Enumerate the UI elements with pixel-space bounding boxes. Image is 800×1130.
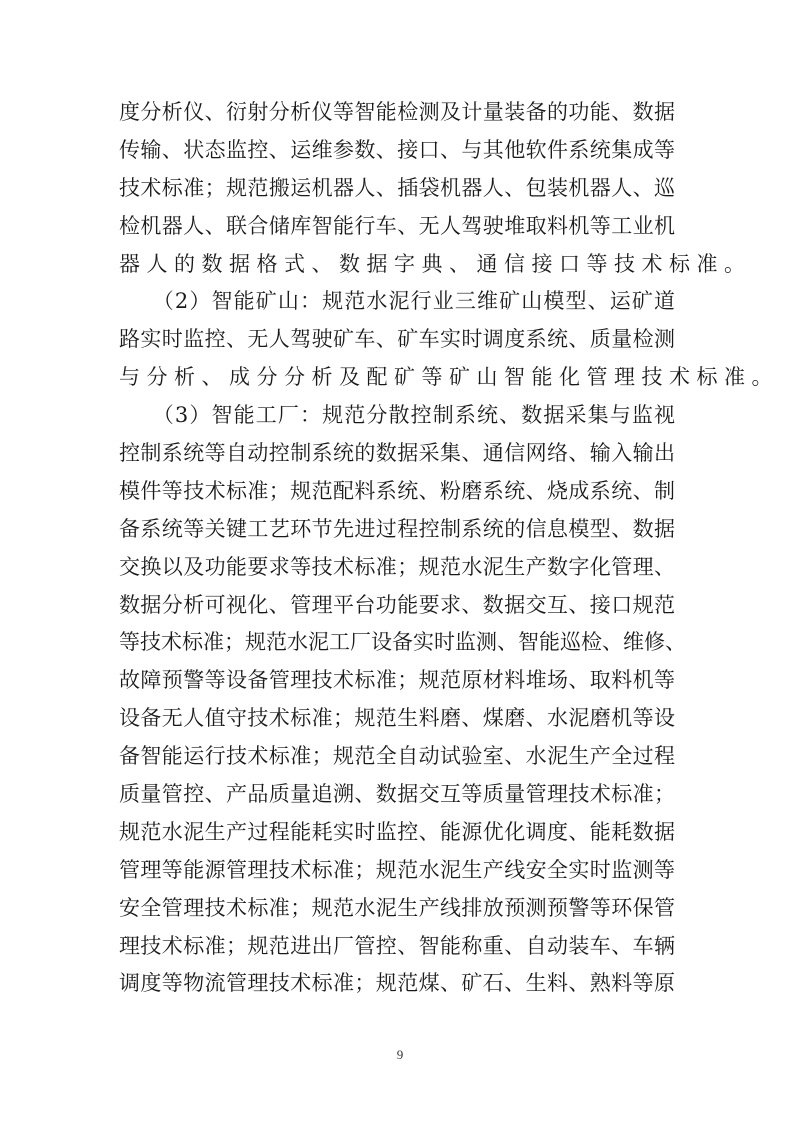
text-line: 数据分析可视化、管理平台功能要求、数据交互、接口规范: [119, 587, 675, 625]
text-line: 度分析仪、衍射分析仪等智能检测及计量装备的功能、数据: [119, 94, 675, 132]
text-line: 交换以及功能要求等技术标准；规范水泥生产数字化管理、: [119, 549, 675, 587]
text-line: 备智能运行技术标准；规范全自动试验室、水泥生产全过程: [119, 738, 675, 776]
text-line: 规范水泥生产过程能耗实时监控、能源优化调度、能耗数据: [119, 814, 675, 852]
text-line: （3）智能工厂：规范分散控制系统、数据采集与监视: [119, 397, 675, 435]
text-line: 等技术标准；规范水泥工厂设备实时监测、智能巡检、维修、: [119, 624, 675, 662]
document-page: 度分析仪、衍射分析仪等智能检测及计量装备的功能、数据传输、状态监控、运维参数、接…: [0, 0, 800, 1130]
text-line: 模件等技术标准；规范配料系统、粉磨系统、烧成系统、制: [119, 473, 675, 511]
text-line: 器人的数据格式、数据字典、通信接口等技术标准。: [119, 246, 675, 284]
text-line: 检机器人、联合储库智能行车、无人驾驶堆取料机等工业机: [119, 208, 675, 246]
text-line: 与分析、成分分析及配矿等矿山智能化管理技术标准。: [119, 359, 675, 397]
text-line: 技术标准；规范搬运机器人、插袋机器人、包装机器人、巡: [119, 170, 675, 208]
document-body: 度分析仪、衍射分析仪等智能检测及计量装备的功能、数据传输、状态监控、运维参数、接…: [119, 94, 675, 1003]
page-number: 9: [0, 1047, 800, 1063]
text-line: 设备无人值守技术标准；规范生料磨、煤磨、水泥磨机等设: [119, 700, 675, 738]
text-line: 理技术标准；规范进出厂管控、智能称重、自动装车、车辆: [119, 928, 675, 966]
text-line: 管理等能源管理技术标准；规范水泥生产线安全实时监测等: [119, 852, 675, 890]
text-line: 路实时监控、无人驾驶矿车、矿车实时调度系统、质量检测: [119, 321, 675, 359]
text-line: 调度等物流管理技术标准；规范煤、矿石、生料、熟料等原: [119, 965, 675, 1003]
text-line: 控制系统等自动控制系统的数据采集、通信网络、输入输出: [119, 435, 675, 473]
text-line: 传输、状态监控、运维参数、接口、与其他软件系统集成等: [119, 132, 675, 170]
text-line: 备系统等关键工艺环节先进过程控制系统的信息模型、数据: [119, 511, 675, 549]
text-line: （2）智能矿山：规范水泥行业三维矿山模型、运矿道: [119, 283, 675, 321]
text-line: 质量管控、产品质量追溯、数据交互等质量管理技术标准；: [119, 776, 675, 814]
text-line: 故障预警等设备管理技术标准；规范原材料堆场、取料机等: [119, 662, 675, 700]
text-line: 安全管理技术标准；规范水泥生产线排放预测预警等环保管: [119, 890, 675, 928]
